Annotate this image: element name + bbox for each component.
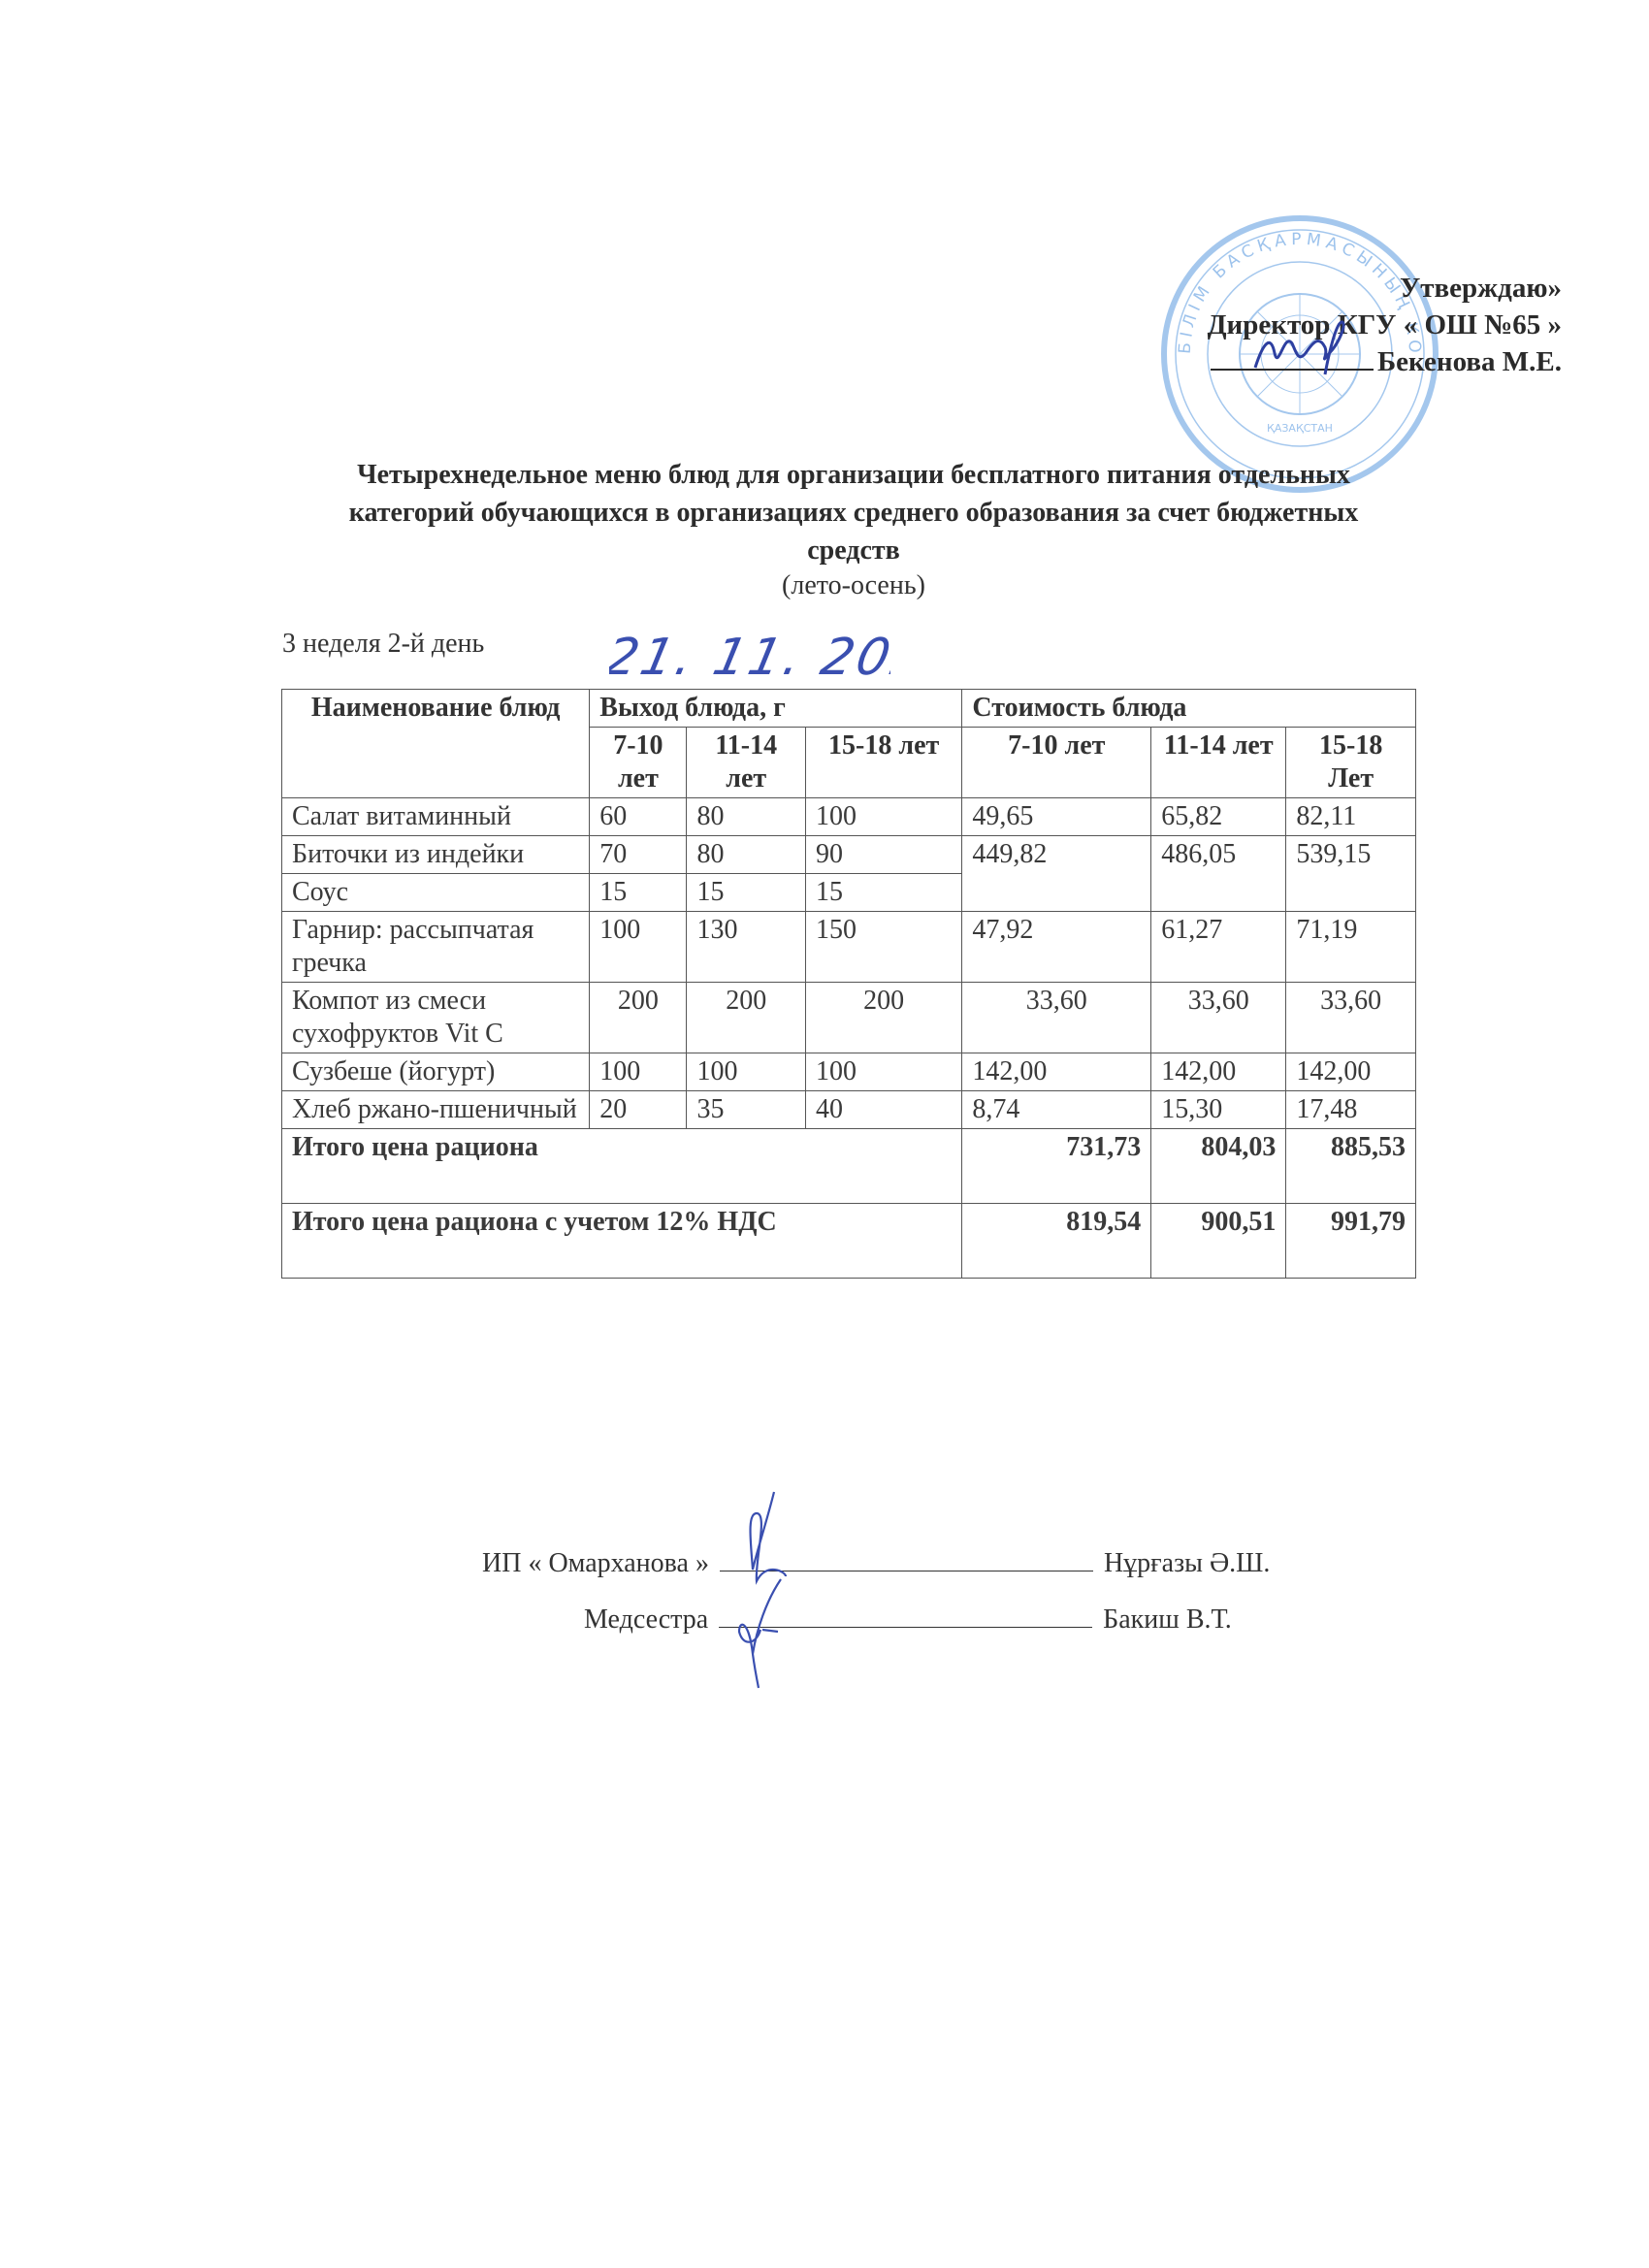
- table-row: Гарнир: рассыпчатая гречка 100 130 150 4…: [282, 912, 1416, 983]
- yield-cell: 130: [687, 912, 805, 983]
- signer-supplier: ИП « Омарханова » Нұрғазы Ә.Ш.: [482, 1547, 1270, 1579]
- dish-name: Сузбеше (йогурт): [282, 1053, 590, 1091]
- yield-cell: 15: [805, 874, 961, 912]
- yield-cell: 150: [805, 912, 961, 983]
- yield-cell: 80: [687, 836, 805, 874]
- cost-cell: 539,15: [1286, 836, 1416, 912]
- cost-cell: 65,82: [1151, 798, 1286, 836]
- yield-cell: 200: [687, 983, 805, 1053]
- table-row: Биточки из индейки 70 80 90 449,82 486,0…: [282, 836, 1416, 874]
- yield-cell: 35: [687, 1091, 805, 1129]
- dish-name: Салат витаминный: [282, 798, 590, 836]
- cost-cell: 47,92: [962, 912, 1151, 983]
- dish-name: Компот из смеси сухофруктов Vit C: [282, 983, 590, 1053]
- table-row: Сузбеше (йогурт) 100 100 100 142,00 142,…: [282, 1053, 1416, 1091]
- cost-cell: 15,30: [1151, 1091, 1286, 1129]
- yield-cell: 200: [590, 983, 687, 1053]
- header-cost-age: 11-14 лет: [1151, 728, 1286, 798]
- table-row: Компот из смеси сухофруктов Vit C 200 20…: [282, 983, 1416, 1053]
- total-vat-value: 819,54: [962, 1204, 1151, 1279]
- director-signature-icon: [1249, 314, 1356, 382]
- yield-cell: 100: [590, 912, 687, 983]
- yield-cell: 70: [590, 836, 687, 874]
- signer-nurse: Медсестра Бакиш В.Т.: [584, 1604, 1232, 1636]
- handwritten-date: 21. 11. 2023: [609, 626, 890, 694]
- total-vat-row: Итого цена рациона с учетом 12% НДС 819,…: [282, 1204, 1416, 1279]
- yield-cell: 100: [590, 1053, 687, 1091]
- title-line-2: категорий обучающихся в организациях сре…: [281, 494, 1426, 532]
- approval-block: Утверждаю» Директор КГУ « ОШ №65 » Бекен…: [1208, 270, 1562, 380]
- dish-name: Биточки из индейки: [282, 836, 590, 874]
- signer-role: Медсестра: [584, 1604, 708, 1635]
- total-vat-value: 991,79: [1286, 1204, 1416, 1279]
- table-row: Салат витаминный 60 80 100 49,65 65,82 8…: [282, 798, 1416, 836]
- dish-name: Гарнир: рассыпчатая гречка: [282, 912, 590, 983]
- header-yield-age: 11-14 лет: [687, 728, 805, 798]
- approval-heading: Утверждаю»: [1208, 270, 1562, 307]
- header-cost: Стоимость блюда: [962, 690, 1416, 728]
- yield-cell: 15: [687, 874, 805, 912]
- total-vat-label: Итого цена рациона с учетом 12% НДС: [282, 1204, 962, 1279]
- total-value: 731,73: [962, 1129, 1151, 1204]
- cost-cell: 142,00: [1286, 1053, 1416, 1091]
- stamp-center-text: ҚАЗАҚСТАН: [1267, 422, 1333, 435]
- signer-name: Нұрғазы Ә.Ш.: [1104, 1548, 1270, 1578]
- yield-cell: 80: [687, 798, 805, 836]
- cost-cell: 61,27: [1151, 912, 1286, 983]
- cost-cell: 33,60: [1286, 983, 1416, 1053]
- cost-cell: 71,19: [1286, 912, 1416, 983]
- title-line-3: средств: [281, 532, 1426, 569]
- signature-line: [720, 1547, 1093, 1571]
- header-yield: Выход блюда, г: [590, 690, 962, 728]
- cost-cell: 49,65: [962, 798, 1151, 836]
- yield-cell: 100: [805, 1053, 961, 1091]
- yield-cell: 15: [590, 874, 687, 912]
- signer-role: ИП « Омарханова »: [482, 1548, 709, 1578]
- signature-line: [719, 1604, 1092, 1628]
- season-label: (лето-осень): [281, 570, 1426, 601]
- yield-cell: 60: [590, 798, 687, 836]
- director-name: Бекенова М.Е.: [1377, 346, 1562, 377]
- cost-cell: 8,74: [962, 1091, 1151, 1129]
- handwritten-date-text: 21. 11. 2023: [609, 629, 890, 687]
- dish-name: Хлеб ржано-пшеничный: [282, 1091, 590, 1129]
- yield-cell: 200: [805, 983, 961, 1053]
- total-row: Итого цена рациона 731,73 804,03 885,53: [282, 1129, 1416, 1204]
- yield-cell: 100: [805, 798, 961, 836]
- header-yield-age: 7-10 лет: [590, 728, 687, 798]
- cost-cell: 486,05: [1151, 836, 1286, 912]
- signer-name: Бакиш В.Т.: [1103, 1604, 1232, 1635]
- title-line-1: Четырехнедельное меню блюд для организац…: [281, 456, 1426, 494]
- header-dish-name: Наименование блюд: [282, 690, 590, 798]
- yield-cell: 40: [805, 1091, 961, 1129]
- cost-cell: 142,00: [1151, 1053, 1286, 1091]
- cost-cell: 449,82: [962, 836, 1151, 912]
- week-day-label: 3 неделя 2-й день: [282, 629, 484, 660]
- total-vat-value: 900,51: [1151, 1204, 1286, 1279]
- cost-cell: 142,00: [962, 1053, 1151, 1091]
- director-signature-line: [1211, 343, 1374, 371]
- menu-table: Наименование блюд Выход блюда, г Стоимос…: [281, 689, 1416, 1279]
- header-cost-age: 15-18 Лет: [1286, 728, 1416, 798]
- header-cost-age: 7-10 лет: [962, 728, 1151, 798]
- dish-name: Соус: [282, 874, 590, 912]
- cost-cell: 33,60: [1151, 983, 1286, 1053]
- cost-cell: 33,60: [962, 983, 1151, 1053]
- cost-cell: 82,11: [1286, 798, 1416, 836]
- yield-cell: 100: [687, 1053, 805, 1091]
- cost-cell: 17,48: [1286, 1091, 1416, 1129]
- header-yield-age: 15-18 лет: [805, 728, 961, 798]
- handwritten-signatures-icon: [718, 1484, 834, 1707]
- total-value: 885,53: [1286, 1129, 1416, 1204]
- yield-cell: 90: [805, 836, 961, 874]
- document-title: Четырехнедельное меню блюд для организац…: [281, 456, 1426, 569]
- approval-signature-row: Бекенова М.Е.: [1208, 343, 1562, 380]
- yield-cell: 20: [590, 1091, 687, 1129]
- table-row: Хлеб ржано-пшеничный 20 35 40 8,74 15,30…: [282, 1091, 1416, 1129]
- total-label: Итого цена рациона: [282, 1129, 962, 1204]
- total-value: 804,03: [1151, 1129, 1286, 1204]
